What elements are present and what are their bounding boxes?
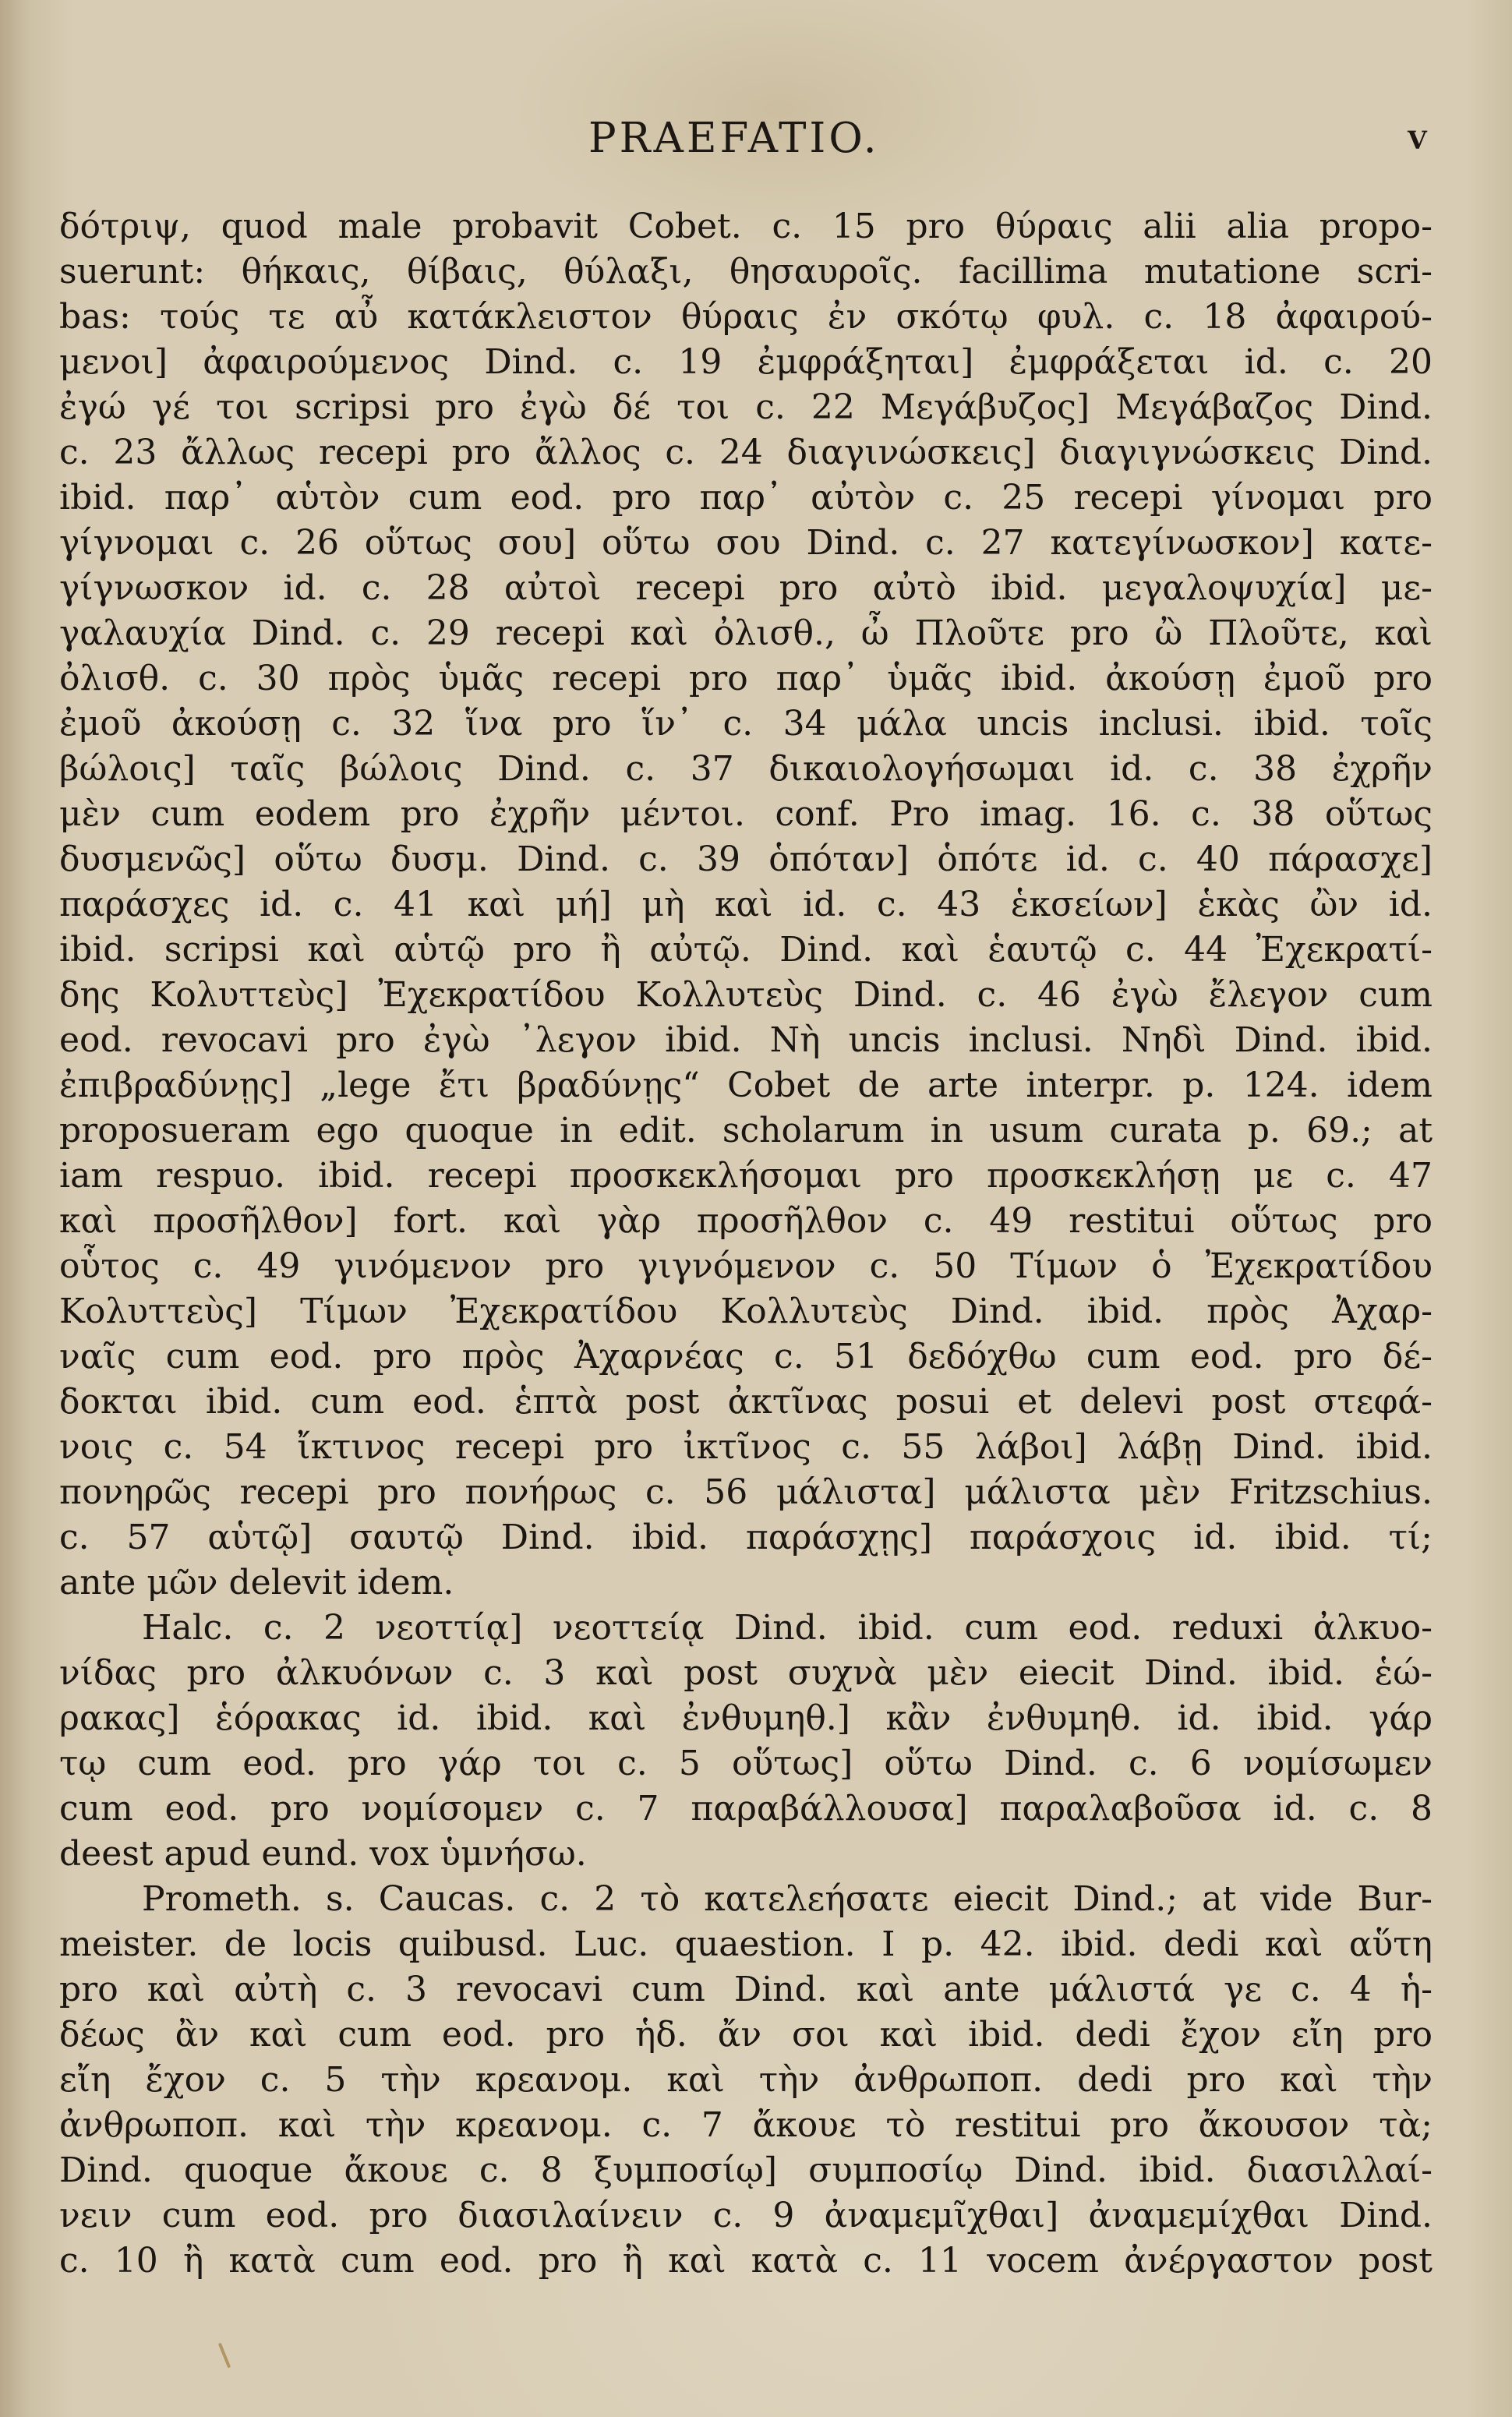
text-line: c. 23 ἄλλως recepi pro ἄλλος c. 24 διαγι…	[59, 430, 1433, 475]
text-line-paragraph-end: deest apud eund. vox ὑμνήσω.	[59, 1832, 1433, 1877]
text-line: ibid. παρ᾽ αὑτὸν cum eod. pro παρ᾽ αὐτὸν…	[59, 475, 1433, 521]
text-line: νίδας pro ἀλκυόνων c. 3 καὶ post συχνὰ μ…	[59, 1651, 1433, 1696]
text-line: γαλαυχία Dind. c. 29 recepi καὶ ὀλισθ., …	[59, 611, 1433, 656]
text-line: Κολυττεὺς] Τίμων Ἐχεκρατίδου Κολλυτεὺς D…	[59, 1289, 1433, 1334]
text-line: δης Κολυττεὺς] Ἐχεκρατίδου Κολλυτεὺς Din…	[59, 973, 1433, 1018]
text-line: μὲν cum eodem pro ἐχρῆν μέντοι. conf. Pr…	[59, 792, 1433, 837]
text-line: νειν cum eod. pro διασιλαίνειν c. 9 ἀναμ…	[59, 2193, 1433, 2239]
text-line: ἐγώ γέ τοι scripsi pro ἐγὼ δέ τοι c. 22 …	[59, 385, 1433, 430]
text-line: ρακας] ἑόρακας id. ibid. καὶ ἐνθυμηθ.] κ…	[59, 1696, 1433, 1741]
text-line: δοκται ibid. cum eod. ἑπτὰ post ἀκτῖνας …	[59, 1380, 1433, 1425]
text-line: meister. de locis quibusd. Luc. quaestio…	[59, 1922, 1433, 1967]
text-line: pro καὶ αὐτὴ c. 3 revocavi cum Dind. καὶ…	[59, 1967, 1433, 2012]
text-line: cum eod. pro νομίσομεν c. 7 παραβάλλουσα…	[59, 1786, 1433, 1832]
text-line: βώλοις] ταῖς βώλοις Dind. c. 37 δικαιολο…	[59, 747, 1433, 792]
text-line: ἐπιβραδύνῃς] „lege ἔτι βραδύνῃς“ Cobet d…	[59, 1063, 1433, 1108]
text-line: γίγνομαι c. 26 οὕτως σου] οὕτω σου Dind.…	[59, 521, 1433, 566]
text-line: δέως ἂν καὶ cum eod. pro ἡδ. ἄν σοι καὶ …	[59, 2012, 1433, 2058]
text-line: eod. revocavi pro ἐγὼ ᾽λεγον ibid. Νὴ un…	[59, 1018, 1433, 1063]
text-line: παράσχες id. c. 41 καὶ μή] μὴ καὶ id. c.…	[59, 882, 1433, 928]
text-line-paragraph-start: Prometh. s. Caucas. c. 2 τὸ κατελεήσατε …	[59, 1877, 1433, 1922]
text-line: καὶ προσῆλθον] fort. καὶ γὰρ προσῆλθον c…	[59, 1199, 1433, 1244]
text-line: c. 10 ἢ κατὰ cum eod. pro ἢ καὶ κατὰ c. …	[59, 2239, 1433, 2284]
running-head: PRAEFATIO.	[588, 115, 880, 162]
text-line: ibid. scripsi καὶ αὑτῷ pro ἢ αὐτῷ. Dind.…	[59, 928, 1433, 973]
text-line: γίγνωσκον id. c. 28 αὐτοὶ recepi pro αὐτ…	[59, 566, 1433, 611]
body-text: δότριψ, quod male probavit Cobet. c. 15 …	[59, 204, 1433, 2284]
page-number: V	[1408, 125, 1427, 156]
text-line: suerunt: θήκαις, θίβαις, θύλαξι, θησαυρο…	[59, 249, 1433, 295]
text-line: bas: τούς τε αὖ κατάκλειστον θύραις ἐν σ…	[59, 295, 1433, 340]
text-line: νοις c. 54 ἴκτινος recepi pro ἰκτῖνος c.…	[59, 1425, 1433, 1470]
text-line: ναῖς cum eod. pro πρὸς Ἀχαρνέας c. 51 δε…	[59, 1334, 1433, 1380]
text-line: πονηρῶς recepi pro πονήρως c. 56 μάλιστα…	[59, 1470, 1433, 1515]
scanned-book-page: PRAEFATIO. V δότριψ, quod male probavit …	[0, 0, 1512, 2417]
text-line-paragraph-end: ante μῶν delevit idem.	[59, 1560, 1433, 1606]
text-line: δυσμενῶς] οὕτω δυσμ. Dind. c. 39 ὁπόταν]…	[59, 837, 1433, 882]
text-line: τῳ cum eod. pro γάρ τοι c. 5 οὕτως] οὕτω…	[59, 1741, 1433, 1786]
text-line: ὀλισθ. c. 30 πρὸς ὑμᾶς recepi pro παρ᾽ ὑ…	[59, 656, 1433, 701]
scan-blemish-mark	[218, 2342, 231, 2368]
text-line: proposueram ego quoque in edit. scholaru…	[59, 1108, 1433, 1154]
text-line: Dind. quoque ἄκουε c. 8 ξυμποσίῳ] συμποσ…	[59, 2148, 1433, 2193]
paragraph-notes-timon: δότριψ, quod male probavit Cobet. c. 15 …	[59, 204, 1433, 1606]
text-line: iam respuo. ibid. recepi προσκεκλήσομαι …	[59, 1154, 1433, 1199]
text-line: οὗτος c. 49 γινόμενον pro γιγνόμενον c. …	[59, 1244, 1433, 1289]
text-line: μενοι] ἀφαιρούμενος Dind. c. 19 ἐμφράξητ…	[59, 340, 1433, 385]
paragraph-notes-prometheus: Prometh. s. Caucas. c. 2 τὸ κατελεήσατε …	[59, 1877, 1433, 2284]
text-line-paragraph-start: Halc. c. 2 νεοττίᾳ] νεοττείᾳ Dind. ibid.…	[59, 1606, 1433, 1651]
text-line: δότριψ, quod male probavit Cobet. c. 15 …	[59, 204, 1433, 249]
text-line: ἐμοῦ ἀκούσῃ c. 32 ἵνα pro ἵν᾽ c. 34 μάλα…	[59, 701, 1433, 747]
text-line: c. 57 αὑτῷ] σαυτῷ Dind. ibid. παράσχῃς] …	[59, 1515, 1433, 1560]
text-line: εἴη ἔχον c. 5 τὴν κρεανομ. καὶ τὴν ἀνθρω…	[59, 2058, 1433, 2103]
text-line: ἀνθρωποπ. καὶ τὴν κρεανομ. c. 7 ἄκουε τὸ…	[59, 2103, 1433, 2148]
paragraph-notes-halc: Halc. c. 2 νεοττίᾳ] νεοττείᾳ Dind. ibid.…	[59, 1606, 1433, 1877]
